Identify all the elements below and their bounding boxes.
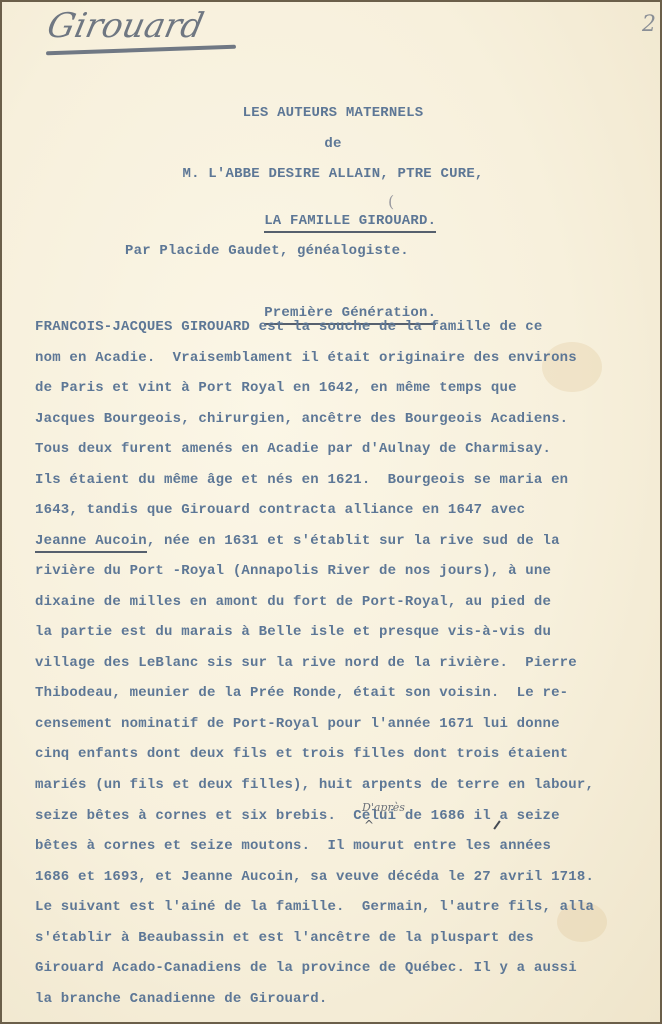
body-line: FRANCOIS-JACQUES GIROUARD est la souche … [35,319,542,335]
body-line: Jacques Bourgeois, chirurgien, ancêtre d… [35,411,568,427]
body-line: 1643, tandis que Girouard contracta alli… [35,502,525,518]
body-line: village des LeBlanc sis sur la rive nord… [35,655,577,671]
page-mark: 2 [642,12,656,37]
body-line: s'établir à Beaubassin et est l'ancêtre … [35,930,534,946]
body-line: Tous deux furent amenés en Acadie par d'… [35,441,551,457]
handwritten-underline [46,45,236,56]
body-line-rest: , née en 1631 et s'établit sur la rive s… [147,533,560,549]
body-line: dixaine de milles en amont du fort de Po… [35,594,551,610]
pencil-mark: ( [388,192,394,211]
body-line: censement nominatif de Port-Royal pour l… [35,716,560,732]
body-line: seize bêtes à cornes et six brebis. Celu… [35,808,560,824]
handwritten-insert: D'après [362,801,405,814]
body-line: bêtes à cornes et seize moutons. Il mour… [35,838,551,854]
underlined-name: Jeanne Aucoin [35,533,147,553]
byline: Par Placide Gaudet, généalogiste. [125,243,409,259]
title-line-1: LES AUTEURS MATERNELS [2,105,660,121]
body-line: Jeanne Aucoin, née en 1631 et s'établit … [35,533,560,549]
body-line: nom en Acadie. Vraisemblament il était o… [35,350,577,366]
body-line: Girouard Acado-Canadiens de la province … [35,960,577,976]
document-page: Girouard 2 LES AUTEURS MATERNELS de M. L… [2,2,660,1022]
body-line: cinq enfants dont deux fils et trois fil… [35,746,568,762]
insertion-caret: ^ [364,818,374,832]
body-line: Thibodeau, meunier de la Prée Ronde, éta… [35,685,568,701]
handwritten-heading: Girouard [44,6,207,46]
body-line: 1686 et 1693, et Jeanne Aucoin, sa veuve… [35,869,594,885]
title-line-4: LA FAMILLE GIROUARD. [2,197,660,245]
title-line-3: M. L'ABBE DESIRE ALLAIN, PTRE CURE, [2,166,660,182]
family-title: LA FAMILLE GIROUARD. [264,213,436,233]
body-line: Ils étaient du même âge et nés en 1621. … [35,472,568,488]
body-line: la partie est du marais à Belle isle et … [35,624,551,640]
body-line: Le suivant est l'ainé de la famille. Ger… [35,899,594,915]
body-line: de Paris et vint à Port Royal en 1642, e… [35,380,517,396]
body-line: rivière du Port -Royal (Annapolis River … [35,563,551,579]
body-line: mariés (un fils et deux filles), huit ar… [35,777,594,793]
body-line: la branche Canadienne de Girouard. [35,991,327,1007]
title-line-2: de [2,136,660,152]
